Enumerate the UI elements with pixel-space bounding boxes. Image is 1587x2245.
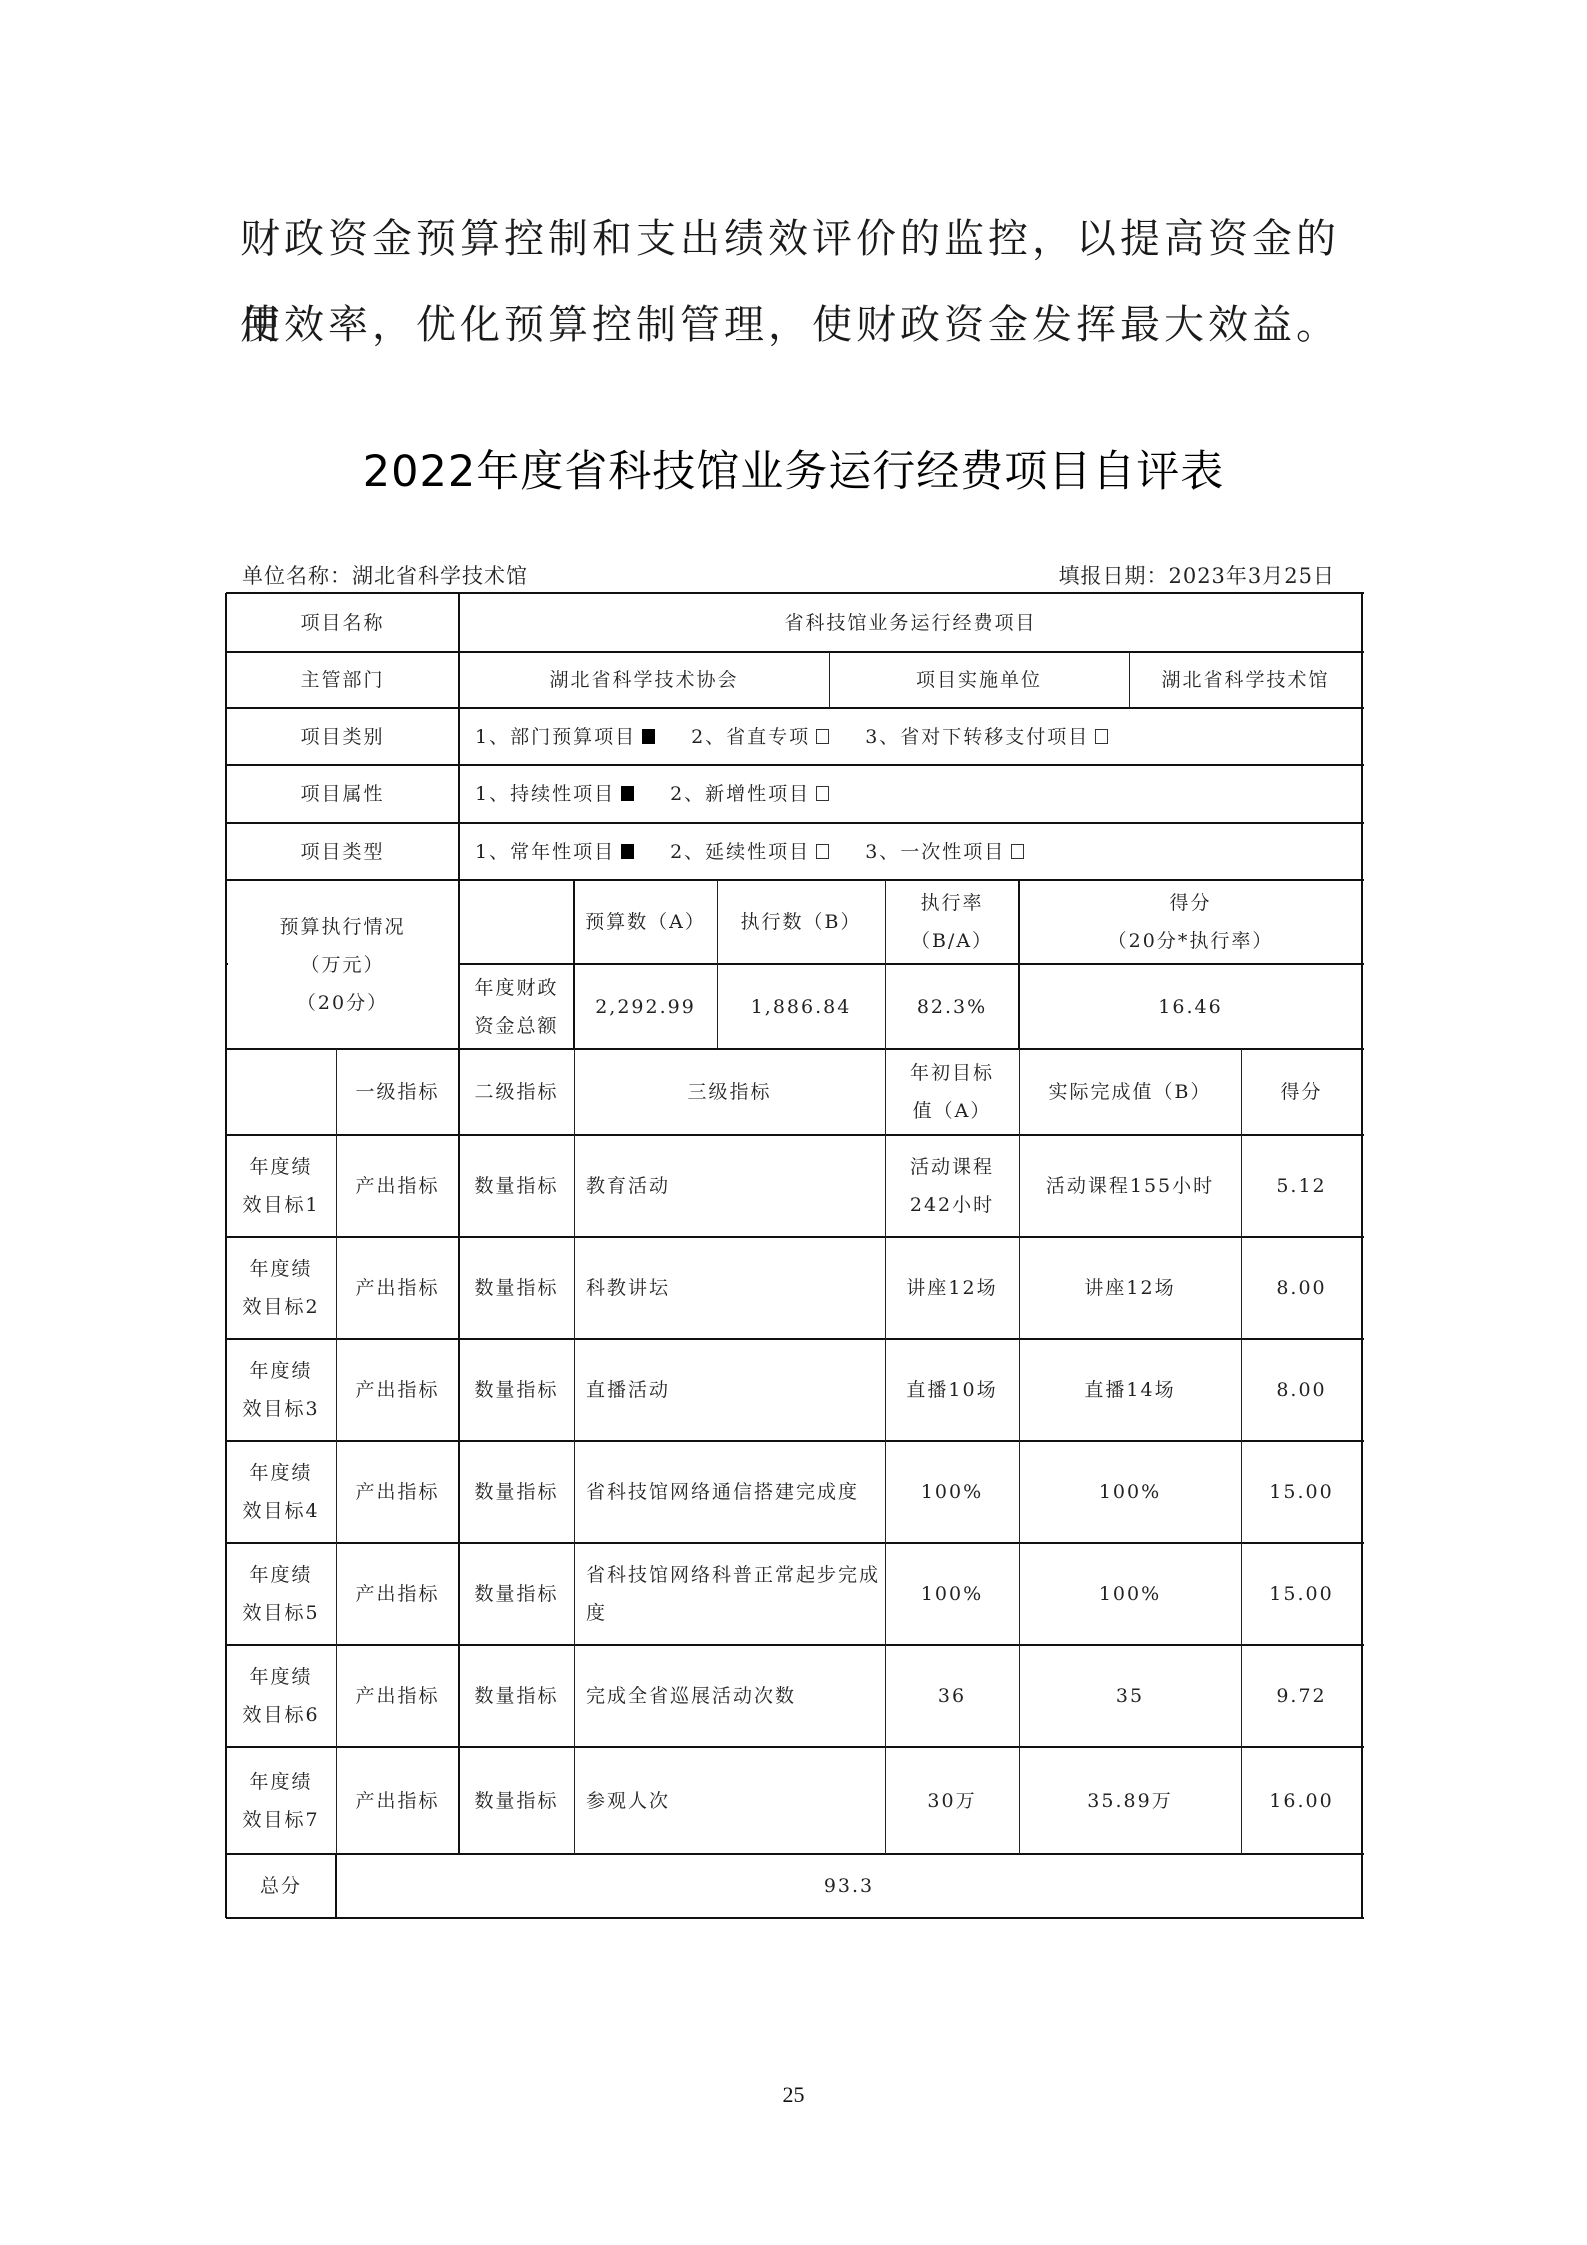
budget-execution-label-line-2: （万元）	[279, 946, 405, 984]
annual-target-name: 年度绩效目标3	[226, 1339, 336, 1441]
project-category-option-3[interactable]: 3、省对下转移支付项目	[865, 718, 1114, 756]
indicator-score-text: 15.00	[1269, 1473, 1333, 1511]
target-value-text: 直播10场	[906, 1371, 997, 1409]
project-category-label-text: 项目类别	[300, 718, 384, 756]
annual-target-name-text: 年度绩效目标4	[242, 1454, 319, 1530]
annual-funds-label-line-2: 资金总额	[474, 1007, 558, 1045]
level3-indicator: 省科技馆网络通信搭建完成度	[574, 1441, 885, 1543]
executed-amount-header-text: 执行数（B）	[741, 903, 862, 941]
level3-indicator-text: 教育活动	[586, 1167, 670, 1205]
budget-execution-label-line-1: 预算执行情况	[279, 908, 405, 946]
supervising-dept-label-text: 主管部门	[300, 661, 384, 699]
level2-indicator-text: 数量指标	[474, 1782, 558, 1820]
annual-target-name-line-2: 效目标5	[242, 1594, 319, 1632]
project-type-option-label: 3、一次性项目	[865, 841, 1005, 863]
project-attribute-options: 1、持续性项目2、新增性项目	[459, 765, 1362, 823]
budget-score-header-line-2: （20分*执行率）	[1108, 922, 1274, 960]
budget-execution-label-line-3: （20分）	[279, 984, 405, 1022]
report-date: 填报日期：2023年3月25日	[1058, 560, 1335, 590]
project-type-option-2[interactable]: 2、延续性项目	[670, 833, 835, 871]
project-category-label: 项目类别	[226, 708, 459, 765]
actual-value: 直播14场	[1019, 1339, 1241, 1441]
annual-funds-label-line-1: 年度财政	[474, 969, 558, 1007]
annual-target-name-line-1: 年度绩	[242, 1148, 319, 1186]
project-type-option-1[interactable]: 1、常年性项目	[475, 833, 640, 871]
unchecked-box-icon[interactable]	[816, 844, 829, 859]
unchecked-box-icon[interactable]	[1011, 844, 1024, 859]
indicator-score: 8.00	[1241, 1339, 1362, 1441]
actual-value: 活动课程155小时	[1019, 1135, 1241, 1237]
level3-indicator: 省科技馆网络科普正常起步完成度	[574, 1543, 885, 1645]
project-attribute-option-1[interactable]: 1、持续性项目	[475, 775, 640, 813]
target-value-text: 36	[938, 1677, 966, 1715]
level3-indicator-text: 直播活动	[586, 1371, 670, 1409]
target-value-text: 活动课程242小时	[910, 1148, 994, 1224]
actual-value: 100%	[1019, 1543, 1241, 1645]
level1-indicator: 产出指标	[336, 1237, 459, 1339]
execution-rate-value: 82.3%	[885, 964, 1019, 1049]
table-title: 2022年度省科技馆业务运行经费项目自评表	[0, 438, 1587, 499]
annual-target-name-text: 年度绩效目标2	[242, 1250, 319, 1326]
executed-amount-value: 1,886.84	[717, 964, 885, 1049]
level1-indicator: 产出指标	[336, 1747, 459, 1854]
target-value: 活动课程242小时	[885, 1135, 1019, 1237]
level1-indicator: 产出指标	[336, 1543, 459, 1645]
budget-score-header-text: 得分（20分*执行率）	[1108, 884, 1274, 960]
target-value-header-line-1: 年初目标	[910, 1054, 994, 1092]
level1-indicator: 产出指标	[336, 1135, 459, 1237]
supervising-dept-label: 主管部门	[226, 652, 459, 708]
annual-target-name-line-1: 年度绩	[242, 1250, 319, 1288]
level2-indicator-text: 数量指标	[474, 1677, 558, 1715]
indicator-score-text: 15.00	[1269, 1575, 1333, 1613]
project-name-label: 项目名称	[226, 593, 459, 652]
annual-target-name: 年度绩效目标6	[226, 1645, 336, 1747]
budget-score-value: 16.46	[1019, 964, 1362, 1049]
actual-value-text: 35	[1116, 1677, 1144, 1715]
level1-indicator-text: 产出指标	[355, 1575, 439, 1613]
total-score-label: 总分	[226, 1854, 336, 1918]
project-type-option-label: 1、常年性项目	[475, 841, 615, 863]
annual-target-name-text: 年度绩效目标7	[242, 1763, 319, 1839]
level1-indicator-text: 产出指标	[355, 1782, 439, 1820]
total-score-value: 93.3	[336, 1854, 1362, 1918]
project-category-option-1[interactable]: 1、部门预算项目	[475, 718, 661, 756]
level1-indicator-text: 产出指标	[355, 1473, 439, 1511]
actual-value-text: 100%	[1099, 1473, 1161, 1511]
unchecked-box-icon[interactable]	[816, 786, 829, 801]
total-score-value-text: 93.3	[824, 1867, 874, 1905]
checked-box-icon[interactable]	[621, 844, 634, 859]
indicator-corner-blank	[226, 1049, 336, 1135]
level2-indicator: 数量指标	[459, 1237, 574, 1339]
actual-value: 100%	[1019, 1441, 1241, 1543]
level3-indicator: 教育活动	[574, 1135, 885, 1237]
annual-target-name-text: 年度绩效目标3	[242, 1352, 319, 1428]
target-value: 100%	[885, 1441, 1019, 1543]
level2-indicator: 数量指标	[459, 1645, 574, 1747]
target-value: 100%	[885, 1543, 1019, 1645]
annual-target-name-text: 年度绩效目标1	[242, 1148, 319, 1224]
actual-value-header-text: 实际完成值（B）	[1049, 1073, 1212, 1111]
budget-execution-label: 预算执行情况（万元）（20分）	[226, 880, 459, 1049]
level3-indicator: 参观人次	[574, 1747, 885, 1854]
indicator-score-text: 9.72	[1276, 1677, 1326, 1715]
indicator-score: 8.00	[1241, 1237, 1362, 1339]
unchecked-box-icon[interactable]	[816, 729, 829, 744]
annual-target-name-line-1: 年度绩	[242, 1556, 319, 1594]
actual-value-text: 100%	[1099, 1575, 1161, 1613]
annual-target-name-line-2: 效目标1	[242, 1186, 319, 1224]
level3-indicator: 完成全省巡展活动次数	[574, 1645, 885, 1747]
annual-funds-label-text: 年度财政资金总额	[474, 969, 558, 1045]
implementing-unit-label: 项目实施单位	[829, 652, 1129, 708]
level1-indicator-text: 产出指标	[355, 1677, 439, 1715]
target-value-line-2: 242小时	[910, 1186, 994, 1224]
actual-value-text: 活动课程155小时	[1046, 1167, 1214, 1205]
annual-target-name-line-2: 效目标4	[242, 1492, 319, 1530]
indicator-score: 16.00	[1241, 1747, 1362, 1854]
annual-target-name-text: 年度绩效目标5	[242, 1556, 319, 1632]
actual-value: 35.89万	[1019, 1747, 1241, 1854]
level3-indicator-text: 省科技馆网络通信搭建完成度	[586, 1473, 859, 1511]
project-attribute-option-label: 1、持续性项目	[475, 783, 615, 805]
level3-indicator-text: 参观人次	[586, 1782, 670, 1820]
supervising-dept-value-text: 湖北省科学技术协会	[549, 661, 738, 699]
annual-target-name: 年度绩效目标1	[226, 1135, 336, 1237]
budget-amount-header: 预算数（A）	[574, 880, 717, 964]
level1-indicator-header: 一级指标	[336, 1049, 459, 1135]
budget-blank-header	[459, 880, 574, 964]
annual-target-name-line-1: 年度绩	[242, 1454, 319, 1492]
project-type-label: 项目类型	[226, 823, 459, 880]
implementing-unit-value: 湖北省科学技术馆	[1129, 652, 1362, 708]
project-name-label-text: 项目名称	[300, 604, 384, 642]
annual-target-name: 年度绩效目标5	[226, 1543, 336, 1645]
target-value: 36	[885, 1645, 1019, 1747]
total-score-label-text: 总分	[260, 1867, 302, 1905]
annual-target-name-line-1: 年度绩	[242, 1658, 319, 1696]
annual-target-name-line-2: 效目标6	[242, 1696, 319, 1734]
implementing-unit-value-text: 湖北省科学技术馆	[1161, 661, 1329, 699]
execution-rate-header: 执行率（B/A）	[885, 880, 1019, 964]
indicator-score: 15.00	[1241, 1543, 1362, 1645]
target-value-text: 30万	[927, 1782, 976, 1820]
target-value-text: 100%	[921, 1575, 983, 1613]
target-value-line-1: 活动课程	[910, 1148, 994, 1186]
executed-amount-header: 执行数（B）	[717, 880, 885, 964]
level3-indicator-header: 三级指标	[574, 1049, 885, 1135]
page-number: 25	[0, 2082, 1587, 2108]
actual-value-text: 讲座12场	[1084, 1269, 1175, 1307]
indicator-score-text: 16.00	[1269, 1782, 1333, 1820]
actual-value-text: 35.89万	[1087, 1782, 1172, 1820]
level3-indicator-text: 科教讲坛	[586, 1269, 670, 1307]
level2-indicator: 数量指标	[459, 1135, 574, 1237]
indicator-score-text: 8.00	[1276, 1371, 1326, 1409]
annual-target-name-line-1: 年度绩	[242, 1763, 319, 1801]
budget-execution-label-text: 预算执行情况（万元）（20分）	[279, 908, 405, 1022]
project-name-value: 省科技馆业务运行经费项目	[459, 593, 1362, 652]
target-value: 直播10场	[885, 1339, 1019, 1441]
level2-indicator: 数量指标	[459, 1543, 574, 1645]
actual-value: 35	[1019, 1645, 1241, 1747]
annual-target-name: 年度绩效目标7	[226, 1747, 336, 1854]
target-value: 30万	[885, 1747, 1019, 1854]
indicator-score-text: 5.12	[1276, 1167, 1326, 1205]
level2-indicator: 数量指标	[459, 1339, 574, 1441]
project-name-value-text: 省科技馆业务运行经费项目	[784, 604, 1036, 642]
project-attribute-label-text: 项目属性	[300, 775, 384, 813]
indicator-score: 15.00	[1241, 1441, 1362, 1543]
annual-target-name-line-2: 效目标7	[242, 1801, 319, 1839]
level2-indicator-text: 数量指标	[474, 1575, 558, 1613]
level2-indicator-text: 数量指标	[474, 1167, 558, 1205]
target-value-header-line-2: 值（A）	[910, 1092, 994, 1130]
annual-target-name: 年度绩效目标2	[226, 1237, 336, 1339]
implementing-unit-label-text: 项目实施单位	[916, 661, 1042, 699]
actual-value: 讲座12场	[1019, 1237, 1241, 1339]
self-evaluation-table: 项目名称省科技馆业务运行经费项目主管部门湖北省科学技术协会项目实施单位湖北省科学…	[226, 593, 1362, 1918]
body-paragraph-line-2: 用效率，优化预算控制管理，使财政资金发挥最大效益。	[240, 282, 1370, 368]
project-type-label-text: 项目类型	[300, 833, 384, 871]
level1-indicator-text: 产出指标	[355, 1167, 439, 1205]
annual-target-name: 年度绩效目标4	[226, 1441, 336, 1543]
project-category-option-2[interactable]: 2、省直专项	[691, 718, 835, 756]
level2-indicator-text: 数量指标	[474, 1269, 558, 1307]
annual-target-name-text: 年度绩效目标6	[242, 1658, 319, 1734]
indicator-score-header: 得分	[1241, 1049, 1362, 1135]
budget-amount-value-text: 2,292.99	[595, 988, 696, 1026]
actual-value-text: 直播14场	[1084, 1371, 1175, 1409]
supervising-dept-value: 湖北省科学技术协会	[459, 652, 829, 708]
level1-indicator: 产出指标	[336, 1441, 459, 1543]
indicator-score: 9.72	[1241, 1645, 1362, 1747]
project-type-option-label: 2、延续性项目	[670, 841, 810, 863]
actual-value-header: 实际完成值（B）	[1019, 1049, 1241, 1135]
level2-indicator: 数量指标	[459, 1441, 574, 1543]
project-attribute-option-2[interactable]: 2、新增性项目	[670, 775, 835, 813]
execution-rate-header-line-1: 执行率	[911, 884, 993, 922]
level1-indicator: 产出指标	[336, 1645, 459, 1747]
project-attribute-label: 项目属性	[226, 765, 459, 823]
execution-rate-value-text: 82.3%	[917, 988, 987, 1026]
target-value-header-text: 年初目标值（A）	[910, 1054, 994, 1130]
indicator-score: 5.12	[1241, 1135, 1362, 1237]
annual-target-name-line-2: 效目标2	[242, 1288, 319, 1326]
level2-indicator-header-text: 二级指标	[474, 1073, 558, 1111]
project-type-options: 1、常年性项目2、延续性项目3、一次性项目	[459, 823, 1362, 880]
budget-score-value-text: 16.46	[1158, 988, 1222, 1026]
level2-indicator: 数量指标	[459, 1747, 574, 1854]
level1-indicator-text: 产出指标	[355, 1371, 439, 1409]
project-category-option-label: 3、省对下转移支付项目	[865, 726, 1089, 748]
execution-rate-header-text: 执行率（B/A）	[911, 884, 993, 960]
unit-name: 单位名称：湖北省科学技术馆	[242, 560, 528, 590]
target-value: 讲座12场	[885, 1237, 1019, 1339]
checked-box-icon[interactable]	[642, 729, 655, 744]
project-category-option-label: 1、部门预算项目	[475, 726, 636, 748]
annual-funds-label: 年度财政资金总额	[459, 964, 574, 1049]
level2-indicator-text: 数量指标	[474, 1371, 558, 1409]
level2-indicator-header: 二级指标	[459, 1049, 574, 1135]
level1-indicator-text: 产出指标	[355, 1269, 439, 1307]
budget-amount-value: 2,292.99	[574, 964, 717, 1049]
checked-box-icon[interactable]	[621, 786, 634, 801]
annual-target-name-line-2: 效目标3	[242, 1390, 319, 1428]
indicator-score-header-text: 得分	[1280, 1073, 1322, 1111]
indicator-score-text: 8.00	[1276, 1269, 1326, 1307]
annual-target-name-line-1: 年度绩	[242, 1352, 319, 1390]
budget-score-header: 得分（20分*执行率）	[1019, 880, 1362, 964]
target-value-header: 年初目标值（A）	[885, 1049, 1019, 1135]
level3-indicator-header-text: 三级指标	[687, 1073, 771, 1111]
level1-indicator-header-text: 一级指标	[355, 1073, 439, 1111]
target-value-text: 100%	[921, 1473, 983, 1511]
target-value-text: 讲座12场	[906, 1269, 997, 1307]
budget-amount-header-text: 预算数（A）	[585, 903, 706, 941]
level3-indicator: 科教讲坛	[574, 1237, 885, 1339]
project-attribute-option-label: 2、新增性项目	[670, 783, 810, 805]
level2-indicator-text: 数量指标	[474, 1473, 558, 1511]
project-category-options: 1、部门预算项目2、省直专项3、省对下转移支付项目	[459, 708, 1362, 765]
project-type-option-3[interactable]: 3、一次性项目	[865, 833, 1030, 871]
execution-rate-header-line-2: （B/A）	[911, 922, 993, 960]
project-category-option-label: 2、省直专项	[691, 726, 810, 748]
budget-score-header-line-1: 得分	[1108, 884, 1274, 922]
level3-indicator-text: 省科技馆网络科普正常起步完成度	[586, 1556, 885, 1632]
level3-indicator-text: 完成全省巡展活动次数	[586, 1677, 796, 1715]
unchecked-box-icon[interactable]	[1095, 729, 1108, 744]
level1-indicator: 产出指标	[336, 1339, 459, 1441]
executed-amount-value-text: 1,886.84	[751, 988, 852, 1026]
level3-indicator: 直播活动	[574, 1339, 885, 1441]
